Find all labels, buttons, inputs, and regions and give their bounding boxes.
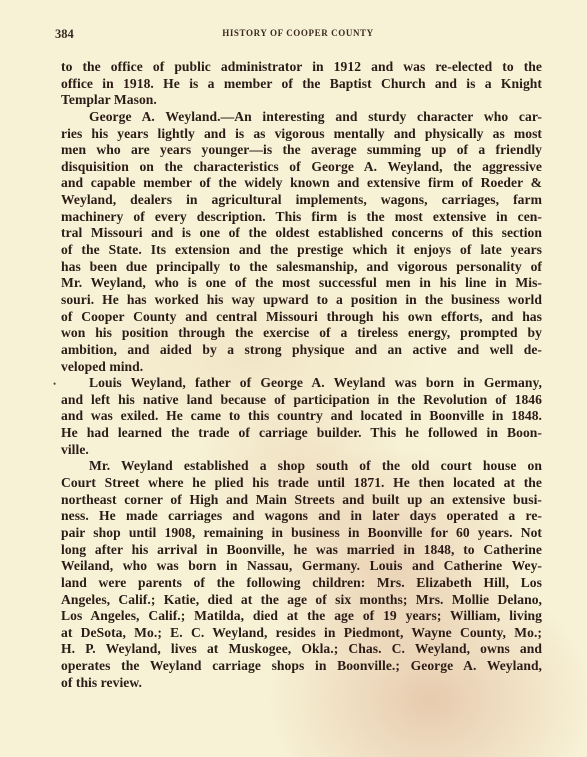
text-line: tral Missouri and is one of the oldest e… (61, 225, 542, 242)
text-line: of this review. (61, 675, 542, 692)
text-line: of Cooper County and central Missouri th… (61, 309, 542, 326)
text-line: to the office of public administrator in… (61, 59, 542, 76)
text-line: long after his arrival in Boonville, he … (61, 542, 542, 559)
text-line: ambition, and aided by a strong physique… (61, 342, 542, 359)
line-text: and was exiled. He came to this country … (61, 408, 542, 423)
book-title: HISTORY OF COOPER COUNTY (55, 28, 541, 38)
line-text: ness. He made carriages and wagons and i… (61, 508, 542, 523)
biography-subject-name: George A. Weyland. (89, 109, 221, 124)
line-text: —An interesting and sturdy character who… (221, 109, 542, 124)
text-line: Mr. Weyland established a shop south of … (61, 458, 542, 475)
text-line: of the State. Its extension and the pres… (61, 242, 542, 259)
text-line: Weyland, dealers in agricultural impleme… (61, 192, 542, 209)
text-line: land were parents of the following child… (61, 575, 542, 592)
line-text: He had learned the trade of carriage bui… (61, 425, 542, 440)
line-text: Weyland, dealers in agricultural impleme… (61, 192, 542, 207)
text-line: won his position through the exercise of… (61, 325, 542, 342)
line-text: Angeles, Calif.; Katie, died at the age … (61, 592, 542, 607)
text-line: and capable member of the widely known a… (61, 175, 542, 192)
line-text: disquisition on the characteristics of G… (61, 159, 542, 174)
line-text: office in 1918. He is a member of the Ba… (61, 76, 542, 91)
text-line: office in 1918. He is a member of the Ba… (61, 76, 542, 93)
text-line: machinery of every description. This fir… (61, 209, 542, 226)
text-line: Los Angeles, Calif.; Matilda, died at th… (61, 608, 542, 625)
line-text: and left his native land because of part… (61, 392, 542, 407)
line-text: ries his years lightly and is as vigorou… (61, 126, 542, 141)
paragraph: Mr. Weyland established a shop south of … (61, 458, 542, 691)
margin-mark: • (53, 379, 56, 389)
line-text: of this review. (61, 675, 142, 690)
text-line: ville. (61, 442, 542, 459)
line-text: long after his arrival in Boonville, he … (61, 542, 542, 557)
text-line: veloped mind. (61, 359, 542, 376)
line-text: has been due principally to the salesman… (61, 259, 542, 274)
line-text: of Cooper County and central Missouri th… (61, 309, 542, 324)
text-line: and was exiled. He came to this country … (61, 408, 542, 425)
line-text: ville. (61, 442, 89, 457)
text-line: northeast corner of High and Main Street… (61, 492, 542, 509)
line-text: pair shop until 1908, remaining in busin… (61, 525, 542, 540)
line-text: of the State. Its extension and the pres… (61, 242, 542, 257)
running-head: 384 HISTORY OF COOPER COUNTY (55, 27, 541, 41)
text-line: men who are years younger—is the average… (61, 142, 542, 159)
line-text: northeast corner of High and Main Street… (61, 492, 542, 507)
line-text: Court Street where he plied his trade un… (61, 475, 542, 490)
text-line: has been due principally to the salesman… (61, 259, 542, 276)
line-text: land were parents of the following child… (61, 575, 542, 590)
text-line: ness. He made carriages and wagons and i… (61, 508, 542, 525)
text-line: pair shop until 1908, remaining in busin… (61, 525, 542, 542)
line-text: operates the Weyland carriage shops in B… (61, 658, 542, 673)
text-line: Louis Weyland, father of George A. Weyla… (61, 375, 542, 392)
text-line: Court Street where he plied his trade un… (61, 475, 542, 492)
line-text: Los Angeles, Calif.; Matilda, died at th… (61, 608, 542, 623)
text-line: Angeles, Calif.; Katie, died at the age … (61, 592, 542, 609)
text-line: disquisition on the characteristics of G… (61, 159, 542, 176)
line-text: to the office of public administrator in… (61, 59, 542, 74)
paragraph: Louis Weyland, father of George A. Weyla… (61, 375, 542, 458)
paragraph: to the office of public administrator in… (61, 59, 542, 109)
paragraph: George A. Weyland.—An interesting and st… (61, 109, 542, 375)
line-text: tral Missouri and is one of the oldest e… (61, 225, 542, 240)
text-line: H. P. Weyland, lives at Muskogee, Okla.;… (61, 641, 542, 658)
line-text: H. P. Weyland, lives at Muskogee, Okla.;… (61, 641, 542, 656)
line-text: veloped mind. (61, 359, 143, 374)
text-line: and left his native land because of part… (61, 392, 542, 409)
line-text: and capable member of the widely known a… (61, 175, 542, 190)
line-text: ambition, and aided by a strong physique… (61, 342, 542, 357)
line-text: Weiland, who was born in Nassau, Germany… (61, 558, 542, 573)
line-text: won his position through the exercise of… (61, 325, 542, 340)
body-text: to the office of public administrator in… (61, 59, 542, 691)
text-line: George A. Weyland.—An interesting and st… (61, 109, 542, 126)
text-line: operates the Weyland carriage shops in B… (61, 658, 542, 675)
line-text: at DeSota, Mo.; E. C. Weyland, resides i… (61, 625, 542, 640)
line-text: Mr. Weyland, who is one of the most succ… (61, 275, 542, 290)
text-line: souri. He has worked his way upward to a… (61, 292, 542, 309)
text-line: He had learned the trade of carriage bui… (61, 425, 542, 442)
line-text: Louis Weyland, father of George A. Weyla… (89, 375, 542, 390)
line-text: souri. He has worked his way upward to a… (61, 292, 542, 307)
text-line: Weiland, who was born in Nassau, Germany… (61, 558, 542, 575)
text-line: Mr. Weyland, who is one of the most succ… (61, 275, 542, 292)
line-text: machinery of every description. This fir… (61, 209, 542, 224)
line-text: Templar Mason. (61, 92, 157, 107)
text-line: ries his years lightly and is as vigorou… (61, 126, 542, 143)
scanned-book-page: 384 HISTORY OF COOPER COUNTY • to the of… (0, 0, 587, 757)
text-line: at DeSota, Mo.; E. C. Weyland, resides i… (61, 625, 542, 642)
line-text: Mr. Weyland established a shop south of … (89, 458, 542, 473)
text-line: Templar Mason. (61, 92, 542, 109)
line-text: men who are years younger—is the average… (61, 142, 542, 157)
